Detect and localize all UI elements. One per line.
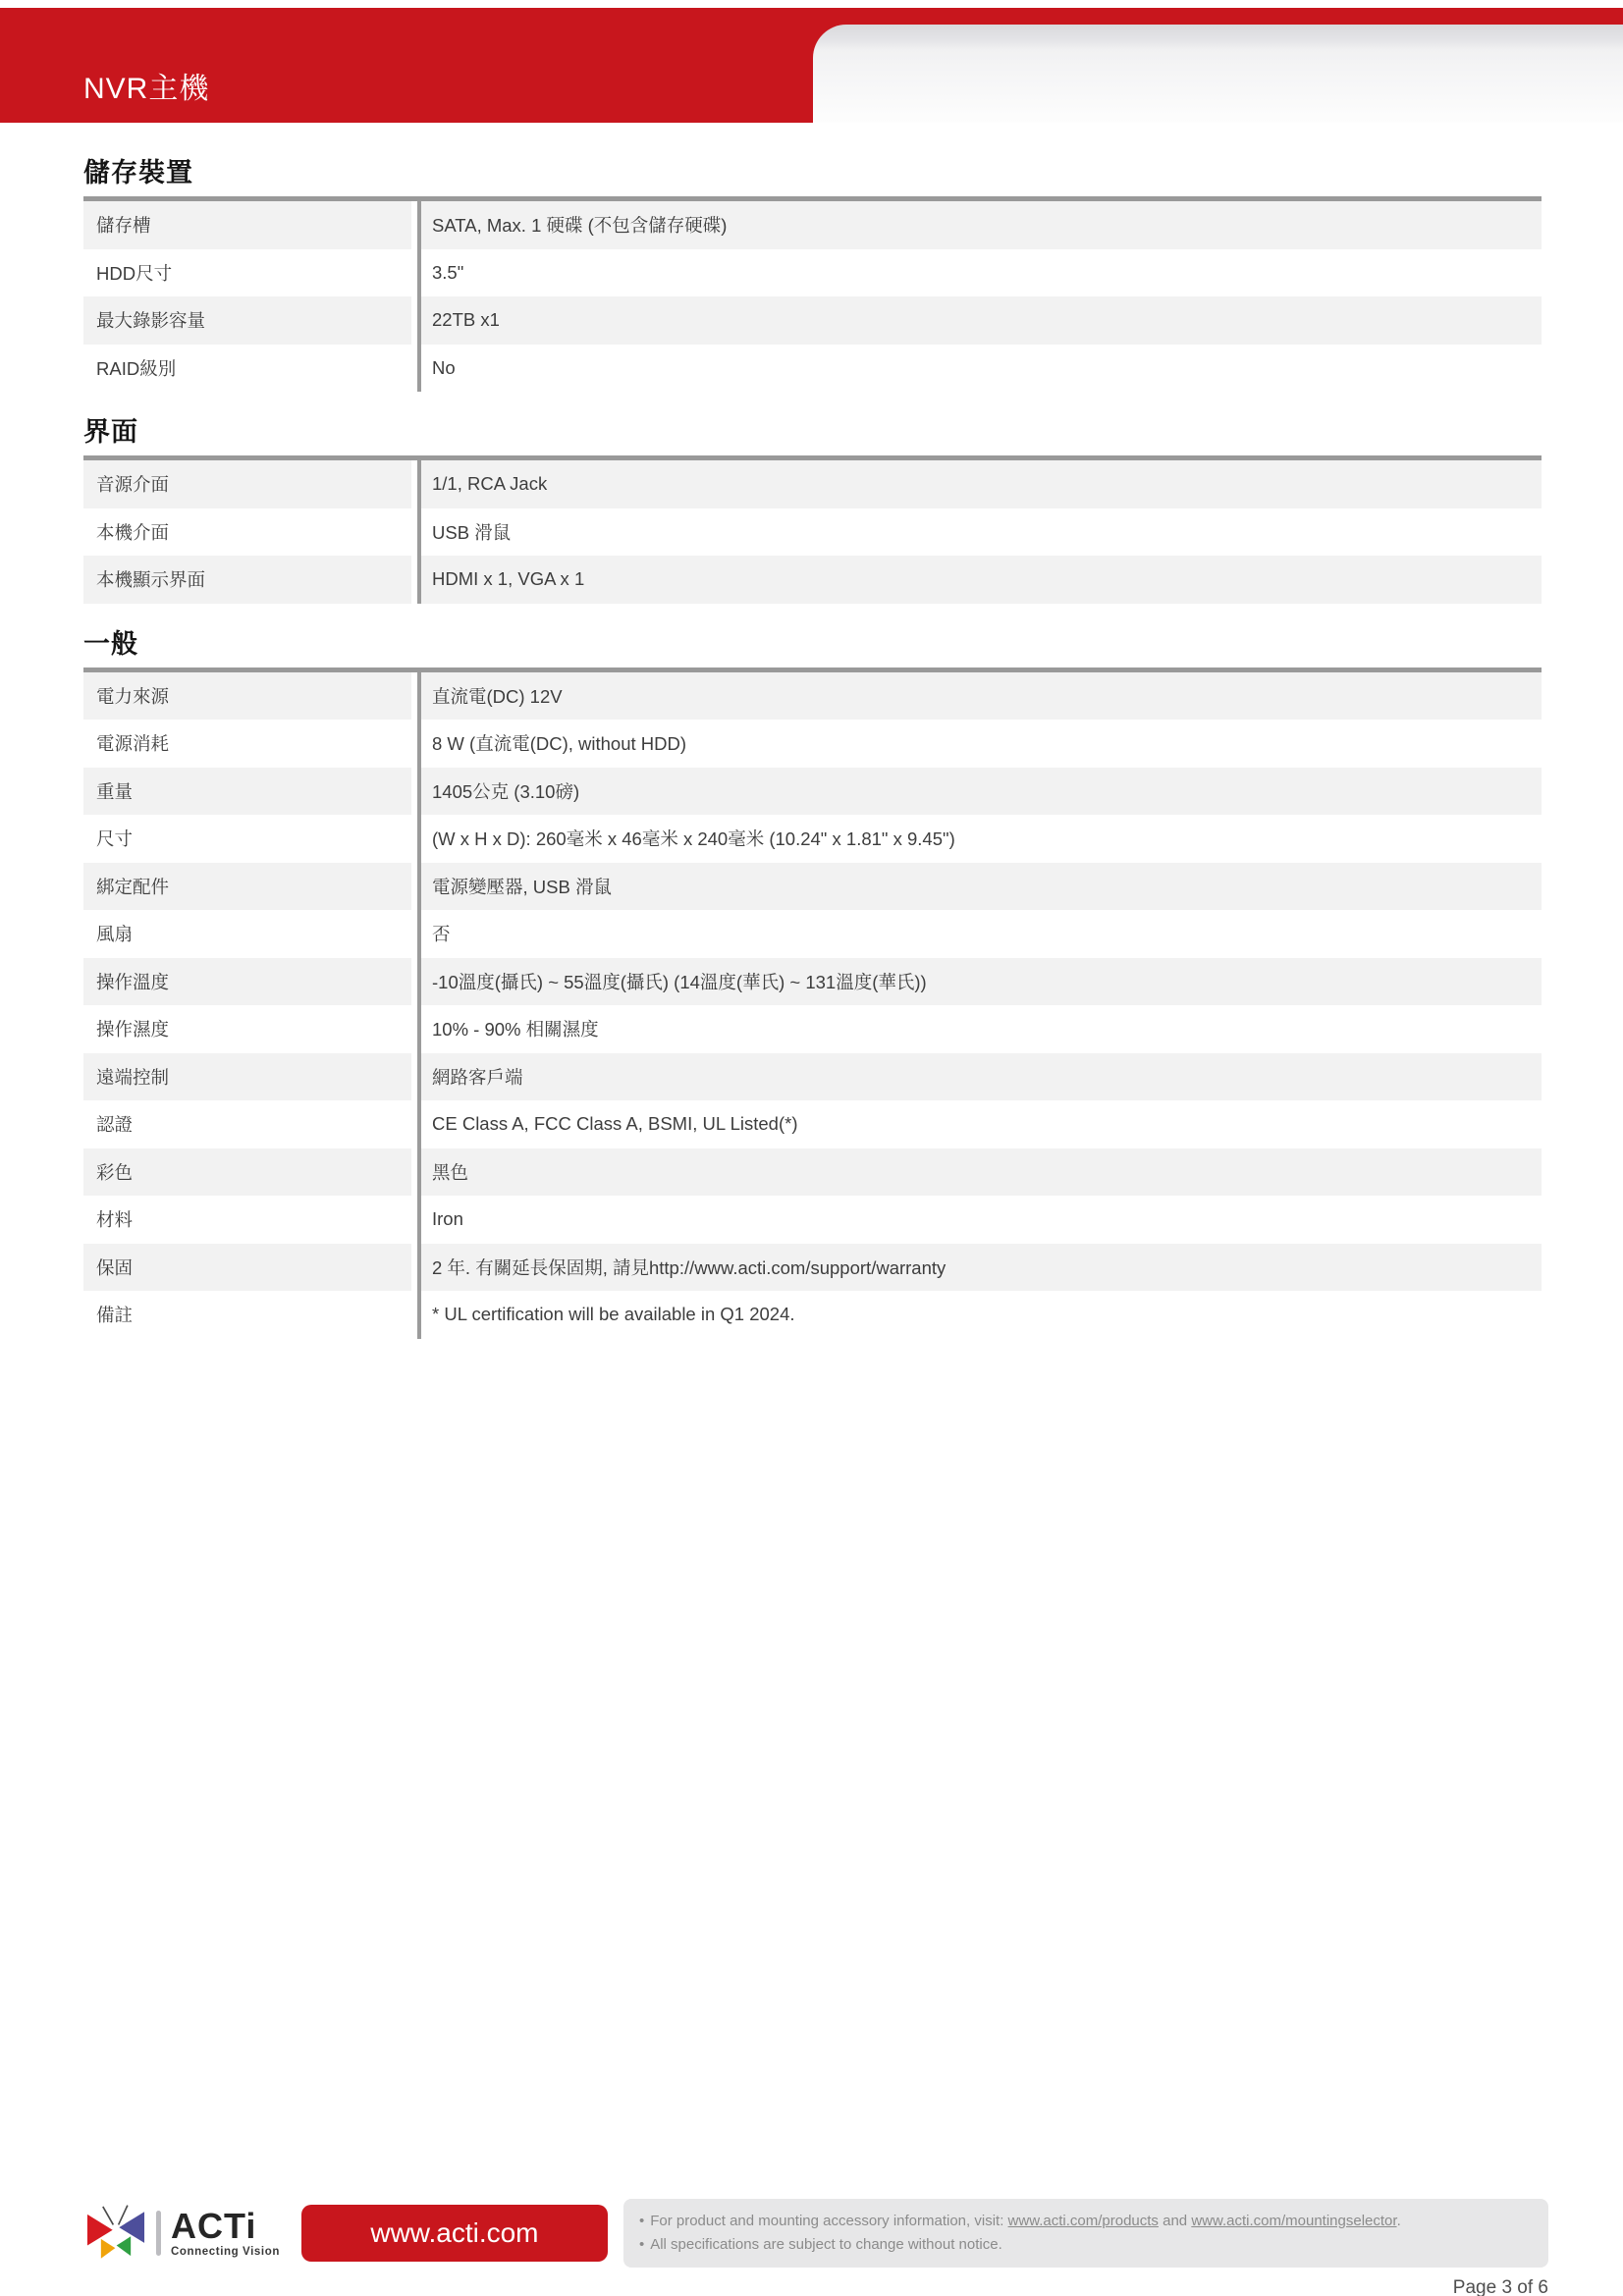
spec-label: 操作濕度	[83, 1005, 411, 1053]
spec-label: 備註	[83, 1291, 411, 1339]
spec-label: 本機顯示界面	[83, 556, 411, 604]
spec-value: 22TB x1	[421, 296, 1542, 345]
products-link[interactable]: www.acti.com/products	[1008, 2213, 1159, 2229]
page-footer: ACTi Connecting Vision www.acti.com •For…	[83, 2199, 1548, 2296]
table-row: 材料 Iron	[83, 1196, 1542, 1244]
spec-value: 3.5"	[421, 249, 1542, 297]
spec-value: HDMI x 1, VGA x 1	[421, 556, 1542, 604]
table-row: 操作濕度 10% - 90% 相關濕度	[83, 1005, 1542, 1053]
page-number: Page 3 of 6	[83, 2277, 1548, 2296]
spec-label: 電力來源	[83, 672, 411, 721]
spec-table-interface: 音源介面 1/1, RCA Jack 本機介面 USB 滑鼠 本機顯示界面 HD…	[83, 455, 1542, 604]
table-row: 遠端控制 網路客戶端	[83, 1053, 1542, 1101]
spec-value: Iron	[421, 1196, 1542, 1244]
section-title-interface: 界面	[83, 415, 1542, 449]
note-line-2: •All specifications are subject to chang…	[639, 2233, 1533, 2257]
spec-value: CE Class A, FCC Class A, BSMI, UL Listed…	[421, 1100, 1542, 1148]
table-row: 音源介面 1/1, RCA Jack	[83, 460, 1542, 508]
spec-value: -10溫度(攝氏) ~ 55溫度(攝氏) (14溫度(華氏) ~ 131溫度(華…	[421, 958, 1542, 1006]
notes-box: •For product and mounting accessory info…	[623, 2199, 1548, 2268]
table-row: RAID級別 No	[83, 345, 1542, 393]
spec-label: 綁定配件	[83, 863, 411, 911]
page-title: NVR主機	[0, 64, 209, 123]
table-row: 保固 2 年. 有關延長保固期, 請見http://www.acti.com/s…	[83, 1244, 1542, 1292]
table-row: 操作溫度 -10溫度(攝氏) ~ 55溫度(攝氏) (14溫度(華氏) ~ 13…	[83, 958, 1542, 1006]
spec-label: 音源介面	[83, 460, 411, 508]
spec-label: 遠端控制	[83, 1053, 411, 1101]
brand-tagline: Connecting Vision	[171, 2247, 280, 2259]
note-1-prefix: For product and mounting accessory infor…	[650, 2213, 1007, 2229]
spec-value: 8 W (直流電(DC), without HDD)	[421, 720, 1542, 768]
table-row: 電力來源 直流電(DC) 12V	[83, 672, 1542, 721]
section-title-storage: 儲存裝置	[83, 156, 1542, 189]
spec-value: 直流電(DC) 12V	[421, 672, 1542, 721]
table-row: 最大錄影容量 22TB x1	[83, 296, 1542, 345]
spec-label: 本機介面	[83, 508, 411, 557]
spec-table-storage: 儲存槽 SATA, Max. 1 硬碟 (不包含儲存硬碟) HDD尺寸 3.5"…	[83, 196, 1542, 392]
table-row: 彩色 黑色	[83, 1148, 1542, 1197]
table-row: 風扇 否	[83, 910, 1542, 958]
acti-logo: ACTi Connecting Vision	[83, 2203, 280, 2264]
table-row: 認證 CE Class A, FCC Class A, BSMI, UL Lis…	[83, 1100, 1542, 1148]
spec-value: No	[421, 345, 1542, 393]
table-row: 綁定配件 電源變壓器, USB 滑鼠	[83, 863, 1542, 911]
spec-value: * UL certification will be available in …	[421, 1291, 1542, 1339]
spec-value: 2 年. 有關延長保固期, 請見http://www.acti.com/supp…	[421, 1244, 1542, 1292]
spec-label: 操作溫度	[83, 958, 411, 1006]
spec-label: 重量	[83, 768, 411, 816]
logo-divider	[156, 2211, 161, 2256]
table-row: 本機介面 USB 滑鼠	[83, 508, 1542, 557]
table-row: 本機顯示界面 HDMI x 1, VGA x 1	[83, 556, 1542, 604]
spec-value: 電源變壓器, USB 滑鼠	[421, 863, 1542, 911]
spec-value: USB 滑鼠	[421, 508, 1542, 557]
website-button[interactable]: www.acti.com	[301, 2205, 608, 2262]
table-row: 備註 * UL certification will be available …	[83, 1291, 1542, 1339]
spec-label: HDD尺寸	[83, 249, 411, 297]
bullet-icon: •	[639, 2213, 644, 2229]
note-line-1: •For product and mounting accessory info…	[639, 2210, 1533, 2233]
table-row: HDD尺寸 3.5"	[83, 249, 1542, 297]
spec-label: 材料	[83, 1196, 411, 1244]
spec-label: RAID級別	[83, 345, 411, 393]
mountingselector-link[interactable]: www.acti.com/mountingselector	[1191, 2213, 1396, 2229]
header-tab-shape	[813, 25, 1623, 123]
note-2-text: All specifications are subject to change…	[650, 2236, 1002, 2253]
table-row: 重量 1405公克 (3.10磅)	[83, 768, 1542, 816]
spec-value: (W x H x D): 260毫米 x 46毫米 x 240毫米 (10.24…	[421, 815, 1542, 863]
spec-value: 10% - 90% 相關濕度	[421, 1005, 1542, 1053]
spec-label: 電源消耗	[83, 720, 411, 768]
table-row: 尺寸 (W x H x D): 260毫米 x 46毫米 x 240毫米 (10…	[83, 815, 1542, 863]
table-row: 電源消耗 8 W (直流電(DC), without HDD)	[83, 720, 1542, 768]
spec-value: 否	[421, 910, 1542, 958]
spec-content: 儲存裝置 儲存槽 SATA, Max. 1 硬碟 (不包含儲存硬碟) HDD尺寸…	[83, 123, 1542, 1339]
spec-label: 最大錄影容量	[83, 296, 411, 345]
butterfly-icon	[83, 2203, 148, 2264]
note-1-suffix: .	[1397, 2213, 1401, 2229]
table-row: 儲存槽 SATA, Max. 1 硬碟 (不包含儲存硬碟)	[83, 201, 1542, 249]
spec-value: 網路客戶端	[421, 1053, 1542, 1101]
note-1-conjunction: and	[1159, 2213, 1191, 2229]
spec-label: 風扇	[83, 910, 411, 958]
spec-value: 1405公克 (3.10磅)	[421, 768, 1542, 816]
spec-table-general: 電力來源 直流電(DC) 12V 電源消耗 8 W (直流電(DC), with…	[83, 667, 1542, 1339]
bullet-icon: •	[639, 2236, 644, 2253]
spec-label: 尺寸	[83, 815, 411, 863]
datasheet-page: NVR主機 儲存裝置 儲存槽 SATA, Max. 1 硬碟 (不包含儲存硬碟)…	[0, 0, 1623, 2296]
spec-label: 保固	[83, 1244, 411, 1292]
spec-label: 儲存槽	[83, 201, 411, 249]
spec-label: 彩色	[83, 1148, 411, 1197]
brand-name: ACTi	[171, 2209, 280, 2244]
spec-value: 1/1, RCA Jack	[421, 460, 1542, 508]
spec-value: 黑色	[421, 1148, 1542, 1197]
section-title-general: 一般	[83, 627, 1542, 661]
spec-label: 認證	[83, 1100, 411, 1148]
spec-value: SATA, Max. 1 硬碟 (不包含儲存硬碟)	[421, 201, 1542, 249]
